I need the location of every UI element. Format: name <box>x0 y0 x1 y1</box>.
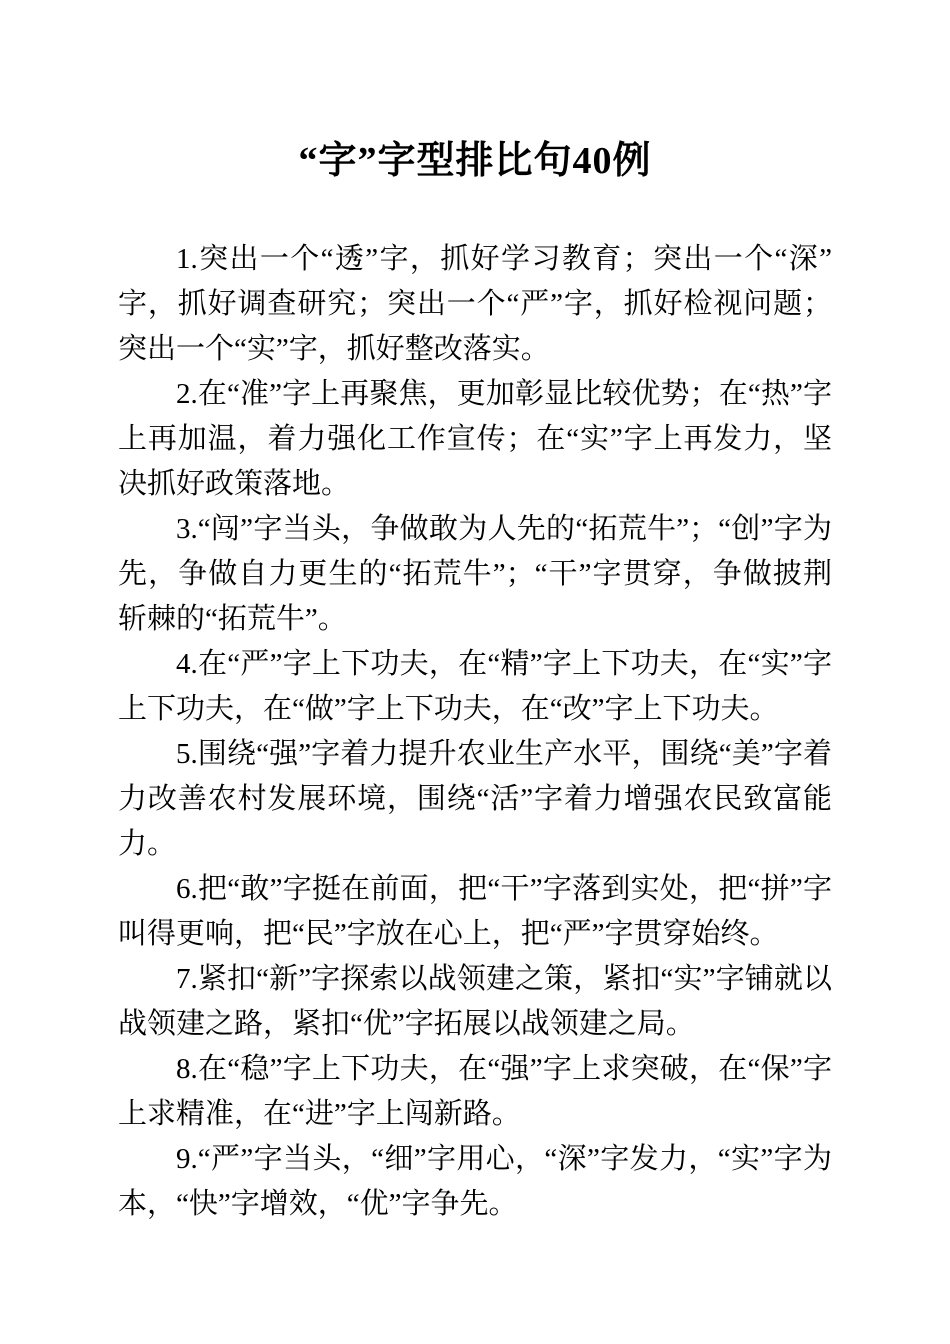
document-title: “字”字型排比句40例 <box>118 135 832 187</box>
document-page: “字”字型排比句40例 1.突出一个“透”字，抓好学习教育；突出一个“深”字，抓… <box>0 0 950 1344</box>
paragraph-5: 5.围绕“强”字着力提升农业生产水平，围绕“美”字着力改善农村发展环境，围绕“活… <box>118 732 832 867</box>
document-body: 1.突出一个“透”字，抓好学习教育；突出一个“深”字，抓好调查研究；突出一个“严… <box>118 237 832 1227</box>
paragraph-9: 9.“严”字当头，“细”字用心，“深”字发力，“实”字为本，“快”字增效，“优”… <box>118 1137 832 1227</box>
paragraph-6: 6.把“敢”字挺在前面，把“干”字落到实处，把“拼”字叫得更响，把“民”字放在心… <box>118 867 832 957</box>
paragraph-1: 1.突出一个“透”字，抓好学习教育；突出一个“深”字，抓好调查研究；突出一个“严… <box>118 237 832 372</box>
paragraph-8: 8.在“稳”字上下功夫，在“强”字上求突破，在“保”字上求精准，在“进”字上闯新… <box>118 1047 832 1137</box>
paragraph-7: 7.紧扣“新”字探索以战领建之策，紧扣“实”字铺就以战领建之路，紧扣“优”字拓展… <box>118 957 832 1047</box>
paragraph-3: 3.“闯”字当头，争做敢为人先的“拓荒牛”；“创”字为先，争做自力更生的“拓荒牛… <box>118 507 832 642</box>
paragraph-4: 4.在“严”字上下功夫，在“精”字上下功夫，在“实”字上下功夫，在“做”字上下功… <box>118 642 832 732</box>
paragraph-2: 2.在“准”字上再聚焦，更加彰显比较优势；在“热”字上再加温，着力强化工作宣传；… <box>118 372 832 507</box>
